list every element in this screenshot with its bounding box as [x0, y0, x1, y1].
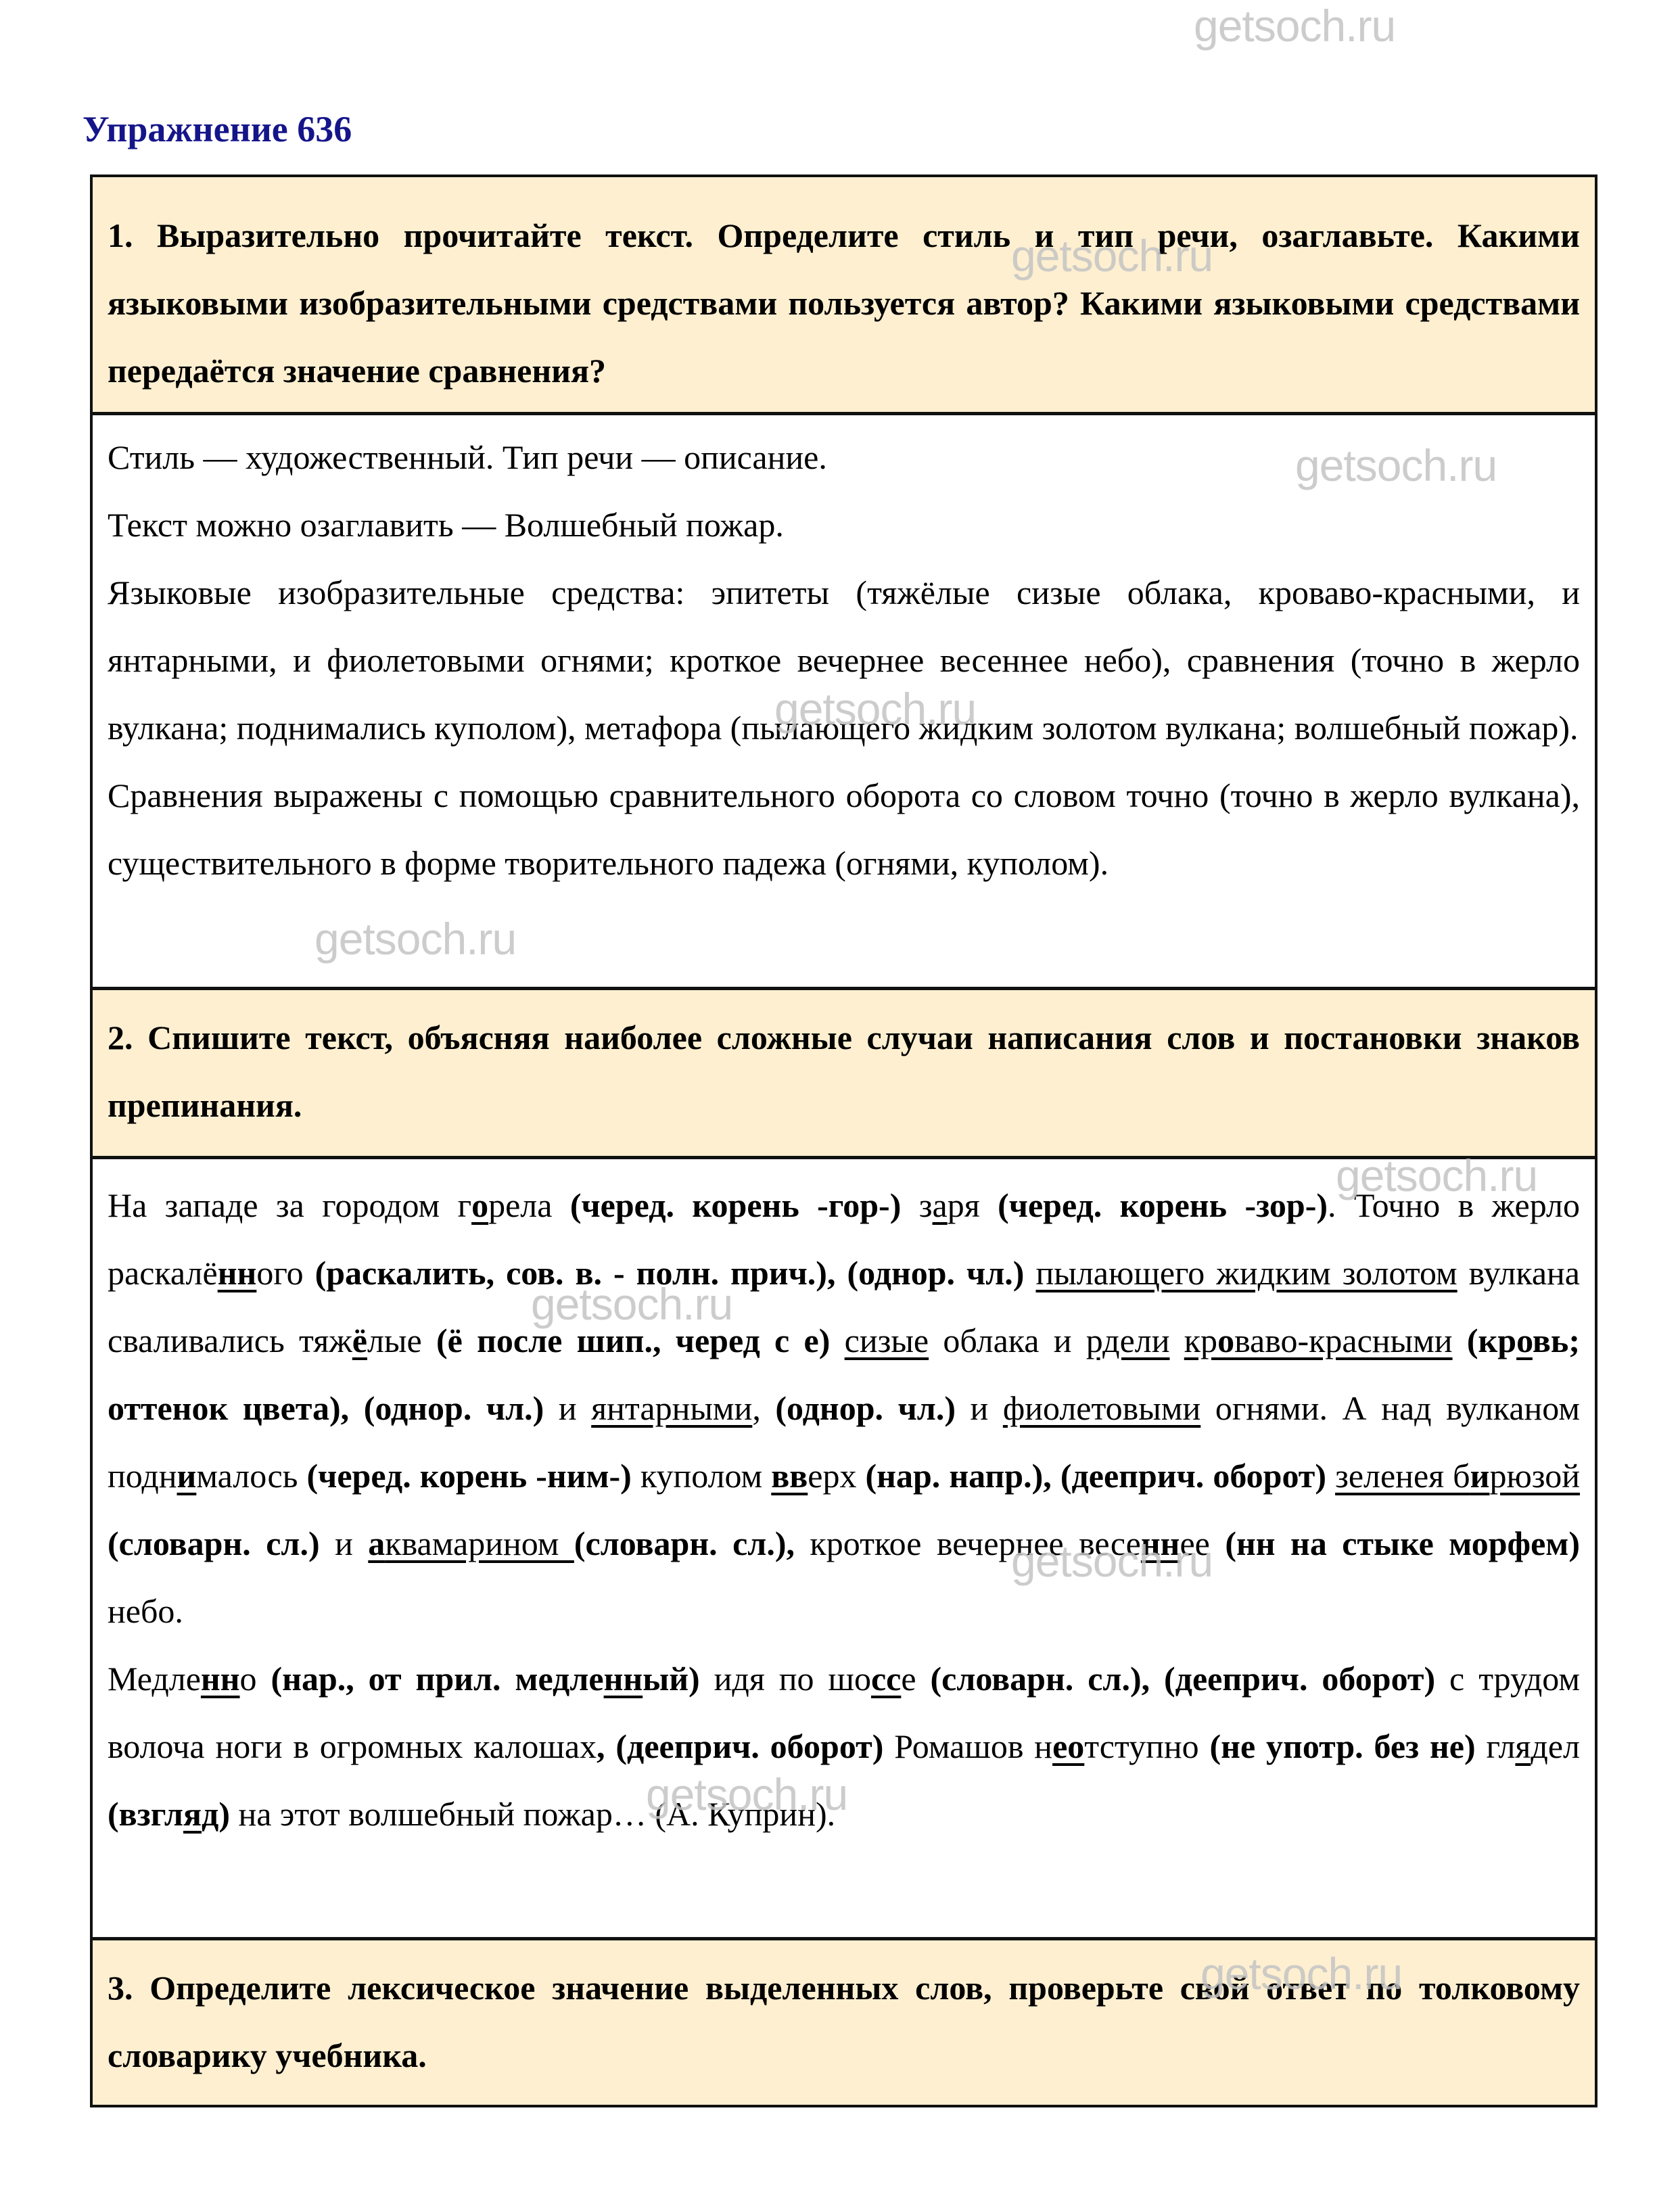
answer-1-paragraph: Языковые изобразительные средства: эпите…	[108, 559, 1580, 762]
text-run: и	[544, 1389, 591, 1427]
text-run: идя по шо	[700, 1660, 871, 1698]
annotation-text: (нн на стыке морфем)	[1225, 1524, 1580, 1562]
text-run: рела	[488, 1186, 570, 1224]
answer-1-paragraph: Стиль — художественный. Тип речи — описа…	[108, 423, 1580, 491]
highlighted-text: ё	[352, 1322, 367, 1359]
text-run	[1453, 1322, 1467, 1359]
answer-1-paragraph: Сравнения выражены с помощью сравнительн…	[108, 762, 1580, 897]
text-run: на этот волшебный пожар… (А. Куприн).	[230, 1795, 835, 1833]
task-1-header: 1. Выразительно прочитайте текст. Опреде…	[93, 177, 1595, 415]
highlighted-text: зеленея б	[1335, 1457, 1470, 1495]
annotation-text: (словарн. сл.), (дееприч. оборот)	[931, 1660, 1436, 1698]
task-1-answer: Стиль — художественный. Тип речи — описа…	[93, 415, 1595, 990]
text-run	[830, 1322, 844, 1359]
annotation-text: (нар., от прил. медле	[271, 1660, 603, 1698]
annotation-text: (черед. корень -зор-)	[998, 1186, 1328, 1224]
annotation-text: , (дееприч. оборот)	[597, 1727, 883, 1765]
annotation-text: (ё после шип., черед с е)	[436, 1322, 830, 1359]
text-run: и	[956, 1389, 1003, 1427]
text-run: тступно	[1084, 1727, 1209, 1765]
highlighted-text: нн	[201, 1660, 240, 1698]
highlighted-text: нн	[1141, 1524, 1180, 1562]
text-run: облака и	[929, 1322, 1086, 1359]
highlighted-text: а	[933, 1186, 948, 1224]
highlighted-text: рдели	[1086, 1322, 1170, 1359]
text-run: Медле	[108, 1660, 201, 1698]
annotation-text: (нар. напр.), (дееприч. оборот)	[866, 1457, 1327, 1495]
text-run: ря	[948, 1186, 998, 1224]
text-run: малось	[196, 1457, 306, 1495]
text-run: лые	[367, 1322, 436, 1359]
highlighted-text: пылающего жидким золотом	[1035, 1254, 1457, 1292]
highlighted-text: о	[471, 1186, 488, 1224]
annotation-text: (взгл	[108, 1795, 183, 1833]
text-run: ,	[752, 1389, 775, 1427]
text-run: На западе за городом г	[108, 1186, 471, 1224]
text-run: е	[901, 1660, 930, 1698]
text-run: о	[240, 1660, 271, 1698]
annotation-text: (однор. чл.)	[775, 1389, 956, 1427]
answer-1-paragraph: Текст можно озаглавить — Волшебный пожар…	[108, 491, 1580, 559]
text-run	[1326, 1457, 1335, 1495]
text-run: гл	[1476, 1727, 1516, 1765]
highlighted-text: я	[183, 1795, 202, 1833]
task-2-answer: На западе за городом горела (черед. коре…	[93, 1159, 1595, 1940]
answer-2-paragraph: На западе за городом горела (черед. коре…	[108, 1171, 1580, 1645]
task-3-header: 3. Определите лексическое значение выдел…	[93, 1940, 1595, 2105]
annotation-text: (кр	[1467, 1322, 1516, 1359]
annotation-text: ый)	[643, 1660, 700, 1698]
task-2-header: 2. Спишите текст, объясняя наиболее слож…	[93, 990, 1595, 1159]
highlighted-text: квамарином	[385, 1524, 574, 1562]
text-run: дел	[1531, 1727, 1580, 1765]
highlighted-text: сс	[871, 1660, 901, 1698]
highlighted-text: нн	[218, 1254, 257, 1292]
text-run: Ромашов н	[883, 1727, 1052, 1765]
annotation-text: д)	[202, 1795, 230, 1833]
annotation-text: (черед. корень -ним-)	[307, 1457, 632, 1495]
highlighted-text: ваво-красными	[1234, 1322, 1453, 1359]
task-3-text: 3. Определите лексическое значение выдел…	[108, 1954, 1580, 2089]
exercise-table: 1. Выразительно прочитайте текст. Опреде…	[90, 174, 1597, 2107]
task-1-text: 1. Выразительно прочитайте текст. Опреде…	[108, 202, 1580, 404]
highlighted-text: я	[1515, 1727, 1531, 1765]
annotation-text: (словарн. сл.),	[574, 1524, 795, 1562]
annotation-text: (черед. корень -гор-)	[570, 1186, 902, 1224]
highlighted-text: ео	[1052, 1727, 1084, 1765]
highlighted-text: кр	[1184, 1322, 1217, 1359]
text-run	[1169, 1322, 1184, 1359]
highlighted-text: о	[1516, 1322, 1533, 1359]
highlighted-text: сизые	[845, 1322, 929, 1359]
text-run: куполом	[632, 1457, 771, 1495]
text-run: ерх	[808, 1457, 865, 1495]
highlighted-text: а	[368, 1524, 385, 1562]
watermark-top: getsoch.ru	[1194, 0, 1395, 51]
highlighted-text: янтарными	[591, 1389, 752, 1427]
highlighted-text: и	[177, 1457, 197, 1495]
page-title: Упражнение 636	[83, 108, 352, 150]
text-run	[1024, 1254, 1035, 1292]
annotation-text: (словарн. сл.)	[108, 1524, 320, 1562]
annotation-text: (не употр. без не)	[1210, 1727, 1476, 1765]
highlighted-text: рюзой	[1489, 1457, 1580, 1495]
text-run: ее	[1180, 1524, 1225, 1562]
text-run: кроткое вечернее весе	[795, 1524, 1141, 1562]
highlighted-text: фиолетовыми	[1003, 1389, 1200, 1427]
annotation-text: (раскалить, сов. в. - полн. прич.), (одн…	[315, 1254, 1025, 1292]
text-run: з	[901, 1186, 932, 1224]
highlighted-text: нн	[604, 1660, 643, 1698]
text-run: ого	[256, 1254, 314, 1292]
text-run: небо.	[108, 1592, 183, 1630]
highlighted-text: и	[1470, 1457, 1490, 1495]
answer-2-paragraph: Медленно (нар., от прил. медленный) идя …	[108, 1645, 1580, 1848]
task-2-text: 2. Спишите текст, объясняя наиболее слож…	[108, 1004, 1580, 1139]
highlighted-text: о	[1217, 1322, 1234, 1359]
text-run: и	[320, 1524, 369, 1562]
highlighted-text: вв	[771, 1457, 808, 1495]
